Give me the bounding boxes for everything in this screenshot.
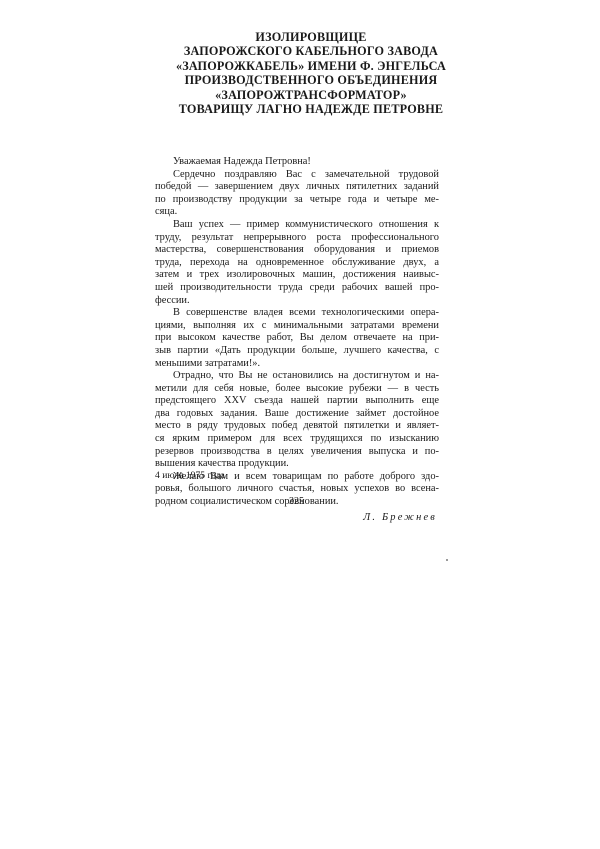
text-line: ся ярким примером для всех трудящихся по… xyxy=(155,433,439,446)
scan-speck xyxy=(446,559,448,561)
text-line: резервов производства в целях увеличения… xyxy=(155,446,439,459)
text-line: труда, перехода на одновременное обслужи… xyxy=(155,257,439,270)
title-line: «ЗАПОРОЖКАБЕЛЬ» ИМЕНИ Ф. ЭНГЕЛЬСА xyxy=(150,59,472,73)
title-line: ТОВАРИЩУ ЛАГНО НАДЕЖДЕ ПЕТРОВНЕ xyxy=(150,102,472,116)
text-line: место в ряду трудовых побед девятой пяти… xyxy=(155,420,439,433)
text-line: предстоящего XXV съезда нашей партии вып… xyxy=(155,395,439,408)
letter-body: Уважаемая Надежда Петровна! Сердечно поз… xyxy=(155,156,439,524)
signature: Л. Брежнев xyxy=(155,512,439,525)
paragraph: Отрадно, что Вы не остановились на дости… xyxy=(155,370,439,471)
text-line: В совершенстве владея всеми технологичес… xyxy=(155,307,439,320)
title-line: «ЗАПОРОЖТРАНСФОРМАТОР» xyxy=(150,88,472,102)
text-line: при высоком качестве работ, Вы делом отв… xyxy=(155,332,439,345)
title-line: ИЗОЛИРОВЩИЦЕ xyxy=(150,30,472,44)
paragraph: В совершенстве владея всеми технологичес… xyxy=(155,307,439,370)
text-line: сяца. xyxy=(155,206,439,219)
text-line: ровья, большого личного счастья, новых у… xyxy=(155,483,439,496)
text-line: труду, результат непрерывного роста проф… xyxy=(155,232,439,245)
page-number: 325 xyxy=(289,496,304,507)
text-line: Ваш успех — пример коммунистического отн… xyxy=(155,219,439,232)
text-line: метили для себя новые, более высокие руб… xyxy=(155,383,439,396)
text-line: затем и трех изолировочных машин, достиж… xyxy=(155,269,439,282)
text-line: Отрадно, что Вы не остановились на дости… xyxy=(155,370,439,383)
title-line: ЗАПОРОЖСКОГО КАБЕЛЬНОГО ЗАВОДА xyxy=(150,44,472,58)
text-line: Сердечно поздравляю Вас с замечательной … xyxy=(155,169,439,182)
text-line: по производству продукции за четыре года… xyxy=(155,194,439,207)
text-line: фессии. xyxy=(155,295,439,308)
text-line: мастерства, совершенствования оборудован… xyxy=(155,244,439,257)
title-line: ПРОИЗВОДСТВЕННОГО ОБЪЕДИНЕНИЯ xyxy=(150,73,472,87)
paragraph: Ваш успех — пример коммунистического отн… xyxy=(155,219,439,307)
text-line: зыв партии «Дать продукции больше, лучше… xyxy=(155,345,439,358)
letter-title: ИЗОЛИРОВЩИЦЕ ЗАПОРОЖСКОГО КАБЕЛЬНОГО ЗАВ… xyxy=(150,30,472,116)
text-line: меньшими затратами!». xyxy=(155,358,439,371)
text-line: шей производительности труда среди рабоч… xyxy=(155,282,439,295)
letter-date: 4 июля 1975 года xyxy=(155,470,225,481)
salutation: Уважаемая Надежда Петровна! xyxy=(155,156,439,169)
text-line: циями, выполняя их с минимальными затрат… xyxy=(155,320,439,333)
text-line: два годовых задания. Ваше достижение зай… xyxy=(155,408,439,421)
paragraph: Сердечно поздравляю Вас с замечательной … xyxy=(155,169,439,219)
text-line: вышения качества продукции. xyxy=(155,458,439,471)
text-line: победой — завершением двух личных пятиле… xyxy=(155,181,439,194)
